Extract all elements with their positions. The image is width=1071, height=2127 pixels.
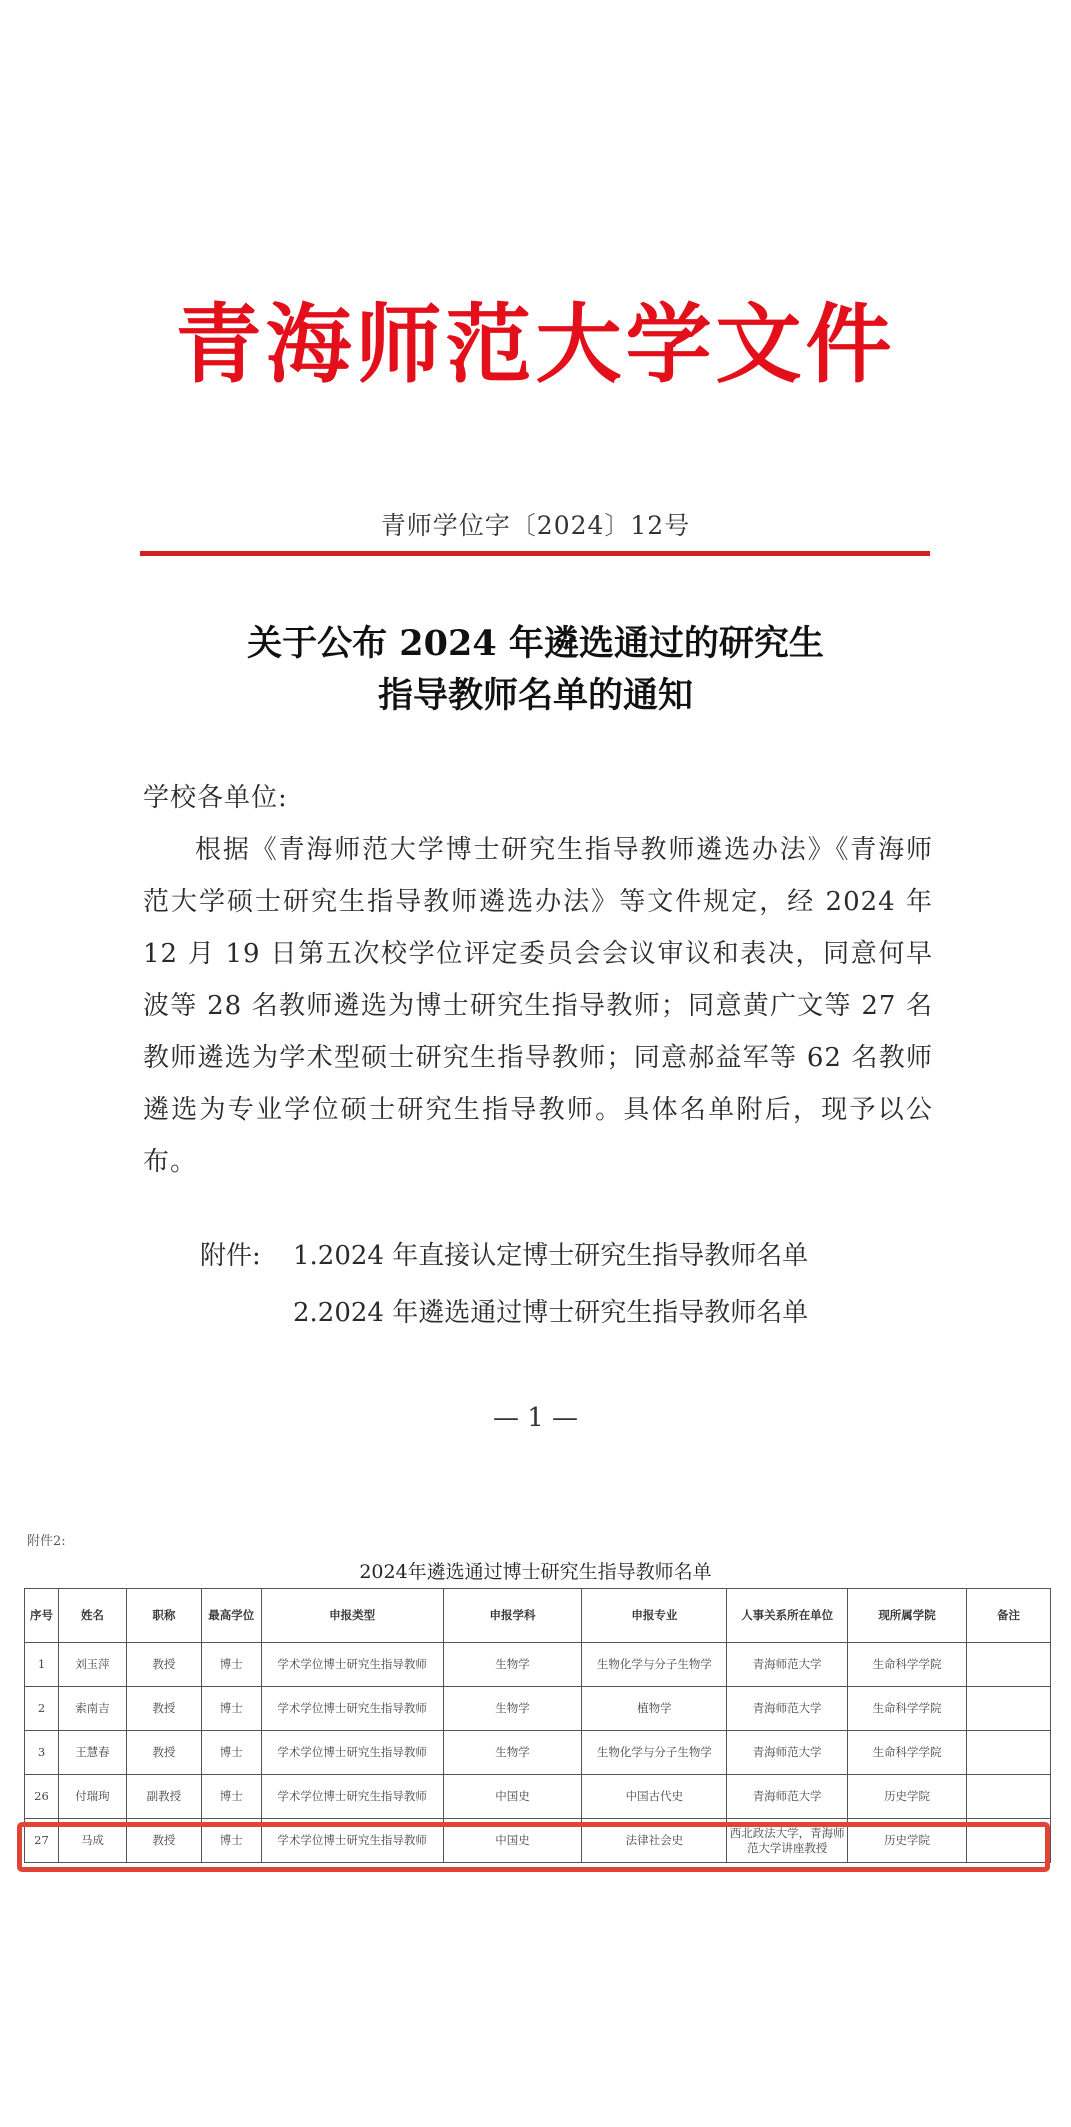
column-header: 备注 bbox=[967, 1589, 1051, 1643]
attachment-text: 1.2024 年直接认定博士研究生指导教师名单 bbox=[293, 1228, 808, 1285]
table-cell: 马成 bbox=[58, 1819, 126, 1863]
table-cell bbox=[967, 1775, 1051, 1819]
table-cell: 中国史 bbox=[443, 1775, 582, 1819]
table-row: 26 付瑞珣 副教授 博士 学术学位博士研究生指导教师 中国史 中国古代史 青海… bbox=[25, 1775, 1051, 1819]
table-cell: 生命科学学院 bbox=[848, 1643, 967, 1687]
table-cell: 3 bbox=[25, 1731, 59, 1775]
table-cell: 中国古代史 bbox=[582, 1775, 727, 1819]
table-cell: 博士 bbox=[201, 1643, 261, 1687]
notice-title-line-1: 关于公布 2024 年遴选通过的研究生 bbox=[0, 618, 1071, 670]
column-header: 申报学科 bbox=[443, 1589, 582, 1643]
table-cell: 博士 bbox=[201, 1687, 261, 1731]
attachment-text: 2.2024 年遴选通过博士研究生指导教师名单 bbox=[293, 1285, 808, 1342]
table-cell: 生命科学学院 bbox=[848, 1731, 967, 1775]
masthead-title: 青海师范大学文件 bbox=[0, 290, 1071, 400]
document-number: 青师学位字〔2024〕12号 bbox=[0, 506, 1071, 542]
table-cell: 刘玉萍 bbox=[58, 1643, 126, 1687]
salutation: 学校各单位: bbox=[143, 772, 933, 824]
table-cell: 27 bbox=[25, 1819, 59, 1863]
table-row: 3 王慧春 教授 博士 学术学位博士研究生指导教师 生物学 生物化学与分子生物学… bbox=[25, 1731, 1051, 1775]
table-cell bbox=[967, 1731, 1051, 1775]
table-cell: 学术学位博士研究生指导教师 bbox=[261, 1687, 443, 1731]
table-cell: 付瑞珣 bbox=[58, 1775, 126, 1819]
table-cell: 中国史 bbox=[443, 1819, 582, 1863]
table-title: 2024年遴选通过博士研究生指导教师名单 bbox=[0, 1557, 1071, 1584]
attachment-item-1: 附件: 1.2024 年直接认定博士研究生指导教师名单 bbox=[200, 1228, 940, 1285]
notice-body: 学校各单位: 根据《青海师范大学博士研究生指导教师遴选办法》《青海师范大学硕士研… bbox=[143, 772, 933, 1188]
table-cell bbox=[967, 1643, 1051, 1687]
body-paragraph: 根据《青海师范大学博士研究生指导教师遴选办法》《青海师范大学硕士研究生指导教师遴… bbox=[143, 824, 933, 1188]
table-row-highlighted: 27 马成 教授 博士 学术学位博士研究生指导教师 中国史 法律社会史 西北政法… bbox=[25, 1819, 1051, 1863]
column-header: 职称 bbox=[126, 1589, 201, 1643]
supervisor-list-table: 序号 姓名 职称 最高学位 申报类型 申报学科 申报专业 人事关系所在单位 现所… bbox=[24, 1588, 1051, 1863]
attachment-item-2: 2.2024 年遴选通过博士研究生指导教师名单 bbox=[200, 1285, 940, 1342]
column-header: 申报类型 bbox=[261, 1589, 443, 1643]
notice-title: 关于公布 2024 年遴选通过的研究生 指导教师名单的通知 bbox=[0, 618, 1071, 722]
table-cell: 青海师范大学 bbox=[727, 1687, 848, 1731]
table-header-row: 序号 姓名 职称 最高学位 申报类型 申报学科 申报专业 人事关系所在单位 现所… bbox=[25, 1589, 1051, 1643]
table-cell: 青海师范大学 bbox=[727, 1643, 848, 1687]
table-cell: 学术学位博士研究生指导教师 bbox=[261, 1819, 443, 1863]
annex-label: 附件2: bbox=[27, 1530, 66, 1549]
table-cell: 1 bbox=[25, 1643, 59, 1687]
table-cell: 生物化学与分子生物学 bbox=[582, 1643, 727, 1687]
attachments-label: 附件: bbox=[200, 1228, 293, 1285]
table-cell: 青海师范大学 bbox=[727, 1775, 848, 1819]
table-cell: 教授 bbox=[126, 1819, 201, 1863]
table-cell: 26 bbox=[25, 1775, 59, 1819]
table-cell: 生命科学学院 bbox=[848, 1687, 967, 1731]
table-cell bbox=[967, 1687, 1051, 1731]
red-divider bbox=[140, 551, 930, 556]
table-cell: 历史学院 bbox=[848, 1775, 967, 1819]
table-cell: 副教授 bbox=[126, 1775, 201, 1819]
table-cell: 2 bbox=[25, 1687, 59, 1731]
column-header: 序号 bbox=[25, 1589, 59, 1643]
table-cell: 生物学 bbox=[443, 1731, 582, 1775]
table-cell: 学术学位博士研究生指导教师 bbox=[261, 1775, 443, 1819]
column-header: 人事关系所在单位 bbox=[727, 1589, 848, 1643]
table-cell: 王慧春 bbox=[58, 1731, 126, 1775]
table-row: 1 刘玉萍 教授 博士 学术学位博士研究生指导教师 生物学 生物化学与分子生物学… bbox=[25, 1643, 1051, 1687]
table-cell: 博士 bbox=[201, 1775, 261, 1819]
column-header: 现所属学院 bbox=[848, 1589, 967, 1643]
table-cell: 教授 bbox=[126, 1643, 201, 1687]
table-cell: 植物学 bbox=[582, 1687, 727, 1731]
table-cell: 教授 bbox=[126, 1731, 201, 1775]
table-cell: 历史学院 bbox=[848, 1819, 967, 1863]
table-cell: 生物学 bbox=[443, 1643, 582, 1687]
page-number: — 1 — bbox=[0, 1403, 1071, 1433]
table-row: 2 索南吉 教授 博士 学术学位博士研究生指导教师 生物学 植物学 青海师范大学… bbox=[25, 1687, 1051, 1731]
table-cell: 博士 bbox=[201, 1731, 261, 1775]
column-header: 最高学位 bbox=[201, 1589, 261, 1643]
attachments-list: 附件: 1.2024 年直接认定博士研究生指导教师名单 2.2024 年遴选通过… bbox=[200, 1228, 940, 1342]
notice-title-line-2: 指导教师名单的通知 bbox=[0, 670, 1071, 722]
table-cell: 青海师范大学 bbox=[727, 1731, 848, 1775]
table-cell: 法律社会史 bbox=[582, 1819, 727, 1863]
table-cell bbox=[967, 1819, 1051, 1863]
column-header: 姓名 bbox=[58, 1589, 126, 1643]
table-cell: 学术学位博士研究生指导教师 bbox=[261, 1643, 443, 1687]
table-cell: 索南吉 bbox=[58, 1687, 126, 1731]
column-header: 申报专业 bbox=[582, 1589, 727, 1643]
table-cell: 生物学 bbox=[443, 1687, 582, 1731]
table-cell: 西北政法大学，青海师范大学讲座教授 bbox=[727, 1819, 848, 1863]
table-cell: 博士 bbox=[201, 1819, 261, 1863]
table-cell: 生物化学与分子生物学 bbox=[582, 1731, 727, 1775]
table-cell: 学术学位博士研究生指导教师 bbox=[261, 1731, 443, 1775]
table-cell: 教授 bbox=[126, 1687, 201, 1731]
